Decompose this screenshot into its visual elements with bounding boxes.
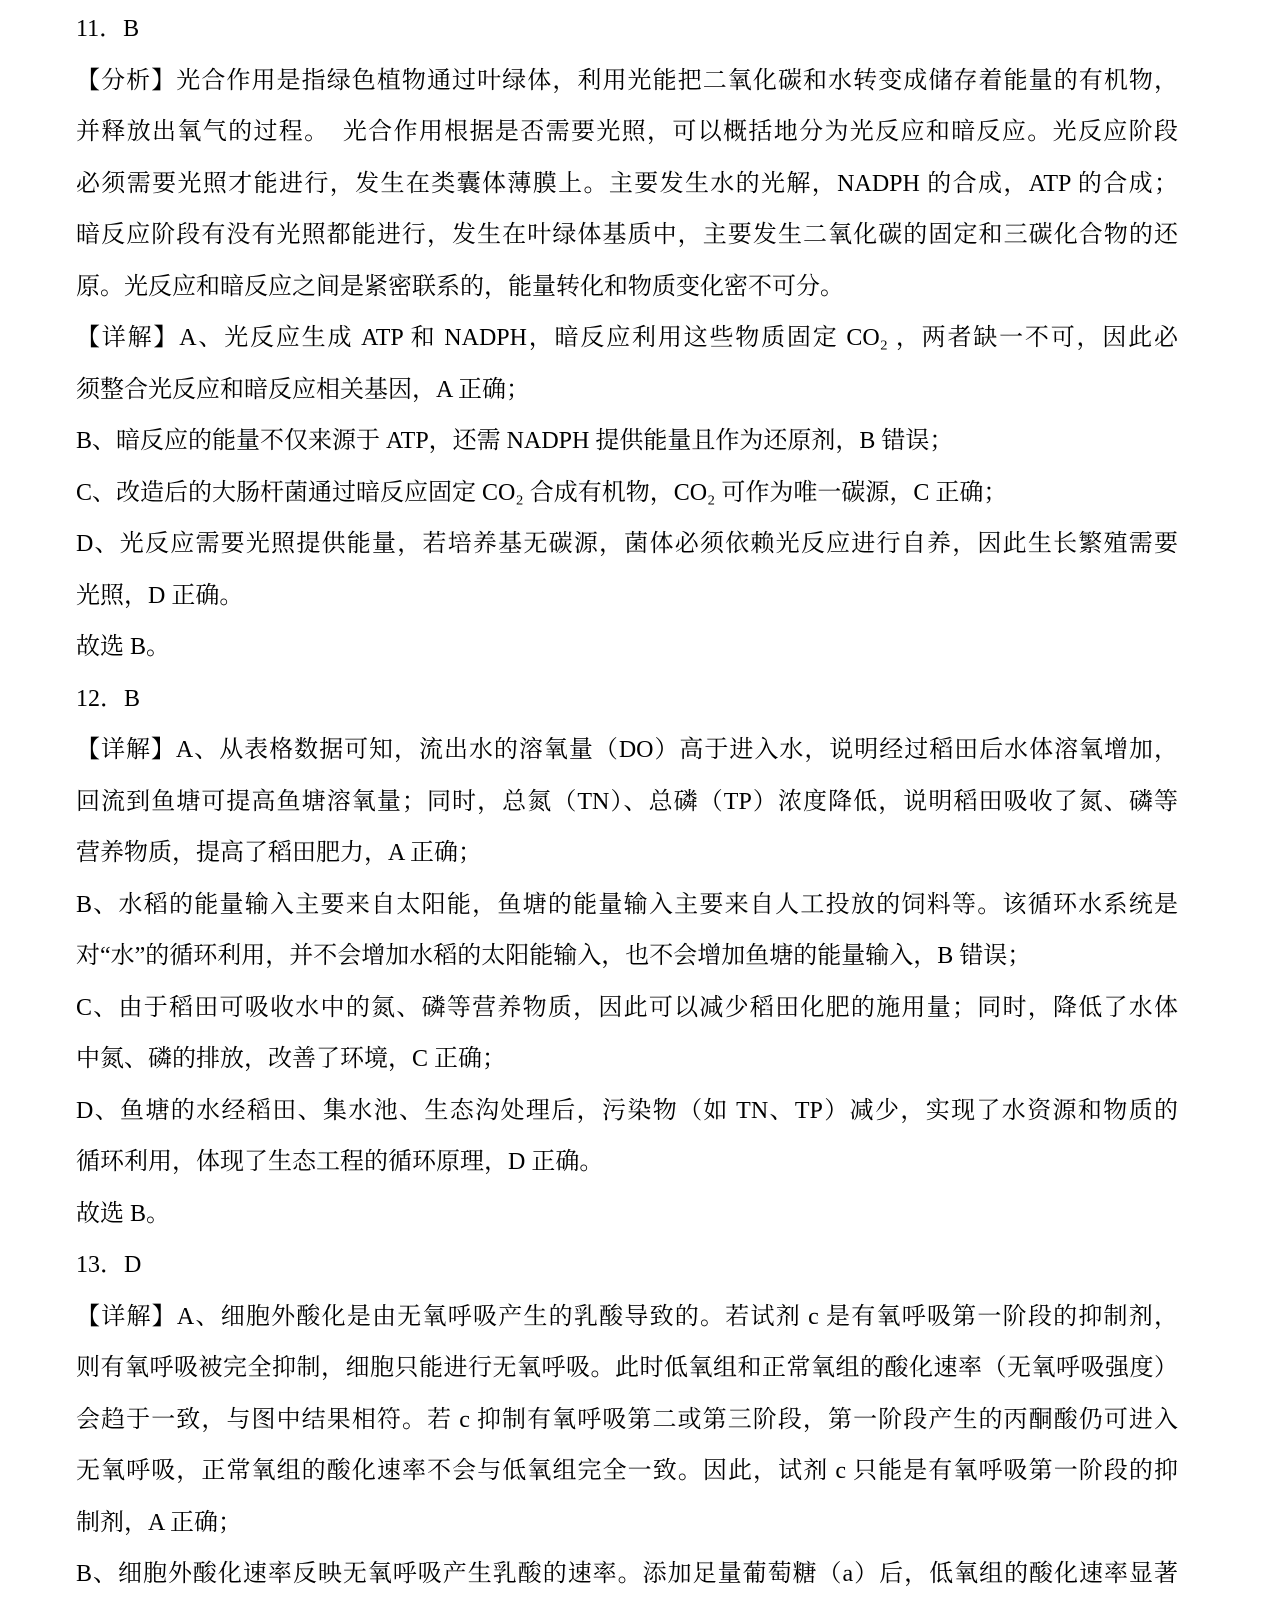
text-line: 故选 B。 <box>76 1189 1178 1241</box>
answer-section: 13．D【详解】A、细胞外酸化是由无氧呼吸产生的乳酸导致的。若试剂 c 是有氧呼… <box>76 1240 1178 1601</box>
text-line: 【详解】A、光反应生成 ATP 和 NADPH，暗反应利用这些物质固定 CO₂ … <box>76 313 1178 365</box>
text-line: 中氮、磷的排放，改善了环境，C 正确； <box>76 1034 1178 1086</box>
text-line: 会趋于一致，与图中结果相符。若 c 抑制有氧呼吸第二或第三阶段，第一阶段产生的丙… <box>76 1395 1178 1447</box>
text-line: B、水稻的能量输入主要来自太阳能，鱼塘的能量输入主要来自人工投放的饲料等。该循环… <box>76 880 1178 932</box>
text-line: 光照，D 正确。 <box>76 571 1178 623</box>
text-line: 对“水”的循环利用，并不会增加水稻的太阳能输入，也不会增加鱼塘的能量输入，B 错… <box>76 931 1178 983</box>
text-line: 无氧呼吸，正常氧组的酸化速率不会与低氧组完全一致。因此，试剂 c 只能是有氧呼吸… <box>76 1446 1178 1498</box>
text-line: 原。光反应和暗反应之间是紧密联系的，能量转化和物质变化密不可分。 <box>76 262 1178 314</box>
text-line: 须整合光反应和暗反应相关基因，A 正确； <box>76 365 1178 417</box>
text-line: B、细胞外酸化速率反映无氧呼吸产生乳酸的速率。添加足量葡萄糖（a）后，低氧组的酸… <box>76 1549 1178 1601</box>
answer-section: 11．B【分析】光合作用是指绿色植物通过叶绿体，利用光能把二氧化碳和水转变成储存… <box>76 4 1178 674</box>
answer-section: 12．B【详解】A、从表格数据可知，流出水的溶氧量（DO）高于进入水，说明经过稻… <box>76 674 1178 1241</box>
text-line: D、鱼塘的水经稻田、集水池、生态沟处理后，污染物（如 TN、TP）减少，实现了水… <box>76 1086 1178 1138</box>
answer-heading: 11．B <box>76 4 1178 56</box>
text-line: 暗反应阶段有没有光照都能进行，发生在叶绿体基质中，主要发生二氧化碳的固定和三碳化… <box>76 210 1178 262</box>
text-line: 【详解】A、从表格数据可知，流出水的溶氧量（DO）高于进入水，说明经过稻田后水体… <box>76 725 1178 777</box>
text-line: 并释放出氧气的过程。 光合作用根据是否需要光照，可以概括地分为光反应和暗反应。光… <box>76 107 1178 159</box>
text-line: C、由于稻田可吸收水中的氮、磷等营养物质，因此可以减少稻田化肥的施用量；同时，降… <box>76 983 1178 1035</box>
text-line: 回流到鱼塘可提高鱼塘溶氧量；同时，总氮（TN）、总磷（TP）浓度降低，说明稻田吸… <box>76 777 1178 829</box>
text-line: 循环利用，体现了生态工程的循环原理，D 正确。 <box>76 1137 1178 1189</box>
text-line: 【分析】光合作用是指绿色植物通过叶绿体，利用光能把二氧化碳和水转变成储存着能量的… <box>76 56 1178 108</box>
text-line: C、改造后的大肠杆菌通过暗反应固定 CO₂ 合成有机物，CO₂ 可作为唯一碳源，… <box>76 468 1178 520</box>
answer-heading: 12．B <box>76 674 1178 726</box>
text-line: D、光反应需要光照提供能量，若培养基无碳源，菌体必须依赖光反应进行自养，因此生长… <box>76 519 1178 571</box>
text-line: 营养物质，提高了稻田肥力，A 正确； <box>76 828 1178 880</box>
text-line: 【详解】A、细胞外酸化是由无氧呼吸产生的乳酸导致的。若试剂 c 是有氧呼吸第一阶… <box>76 1292 1178 1344</box>
answer-heading: 13．D <box>76 1240 1178 1292</box>
text-line: 必须需要光照才能进行，发生在类囊体薄膜上。主要发生水的光解，NADPH 的合成，… <box>76 159 1178 211</box>
text-line: 故选 B。 <box>76 622 1178 674</box>
answer-sheet-page: 11．B【分析】光合作用是指绿色植物通过叶绿体，利用光能把二氧化碳和水转变成储存… <box>0 0 1280 1601</box>
text-line: B、暗反应的能量不仅来源于 ATP，还需 NADPH 提供能量且作为还原剂，B … <box>76 416 1178 468</box>
text-line: 则有氧呼吸被完全抑制，细胞只能进行无氧呼吸。此时低氧组和正常氧组的酸化速率（无氧… <box>76 1343 1178 1395</box>
text-line: 制剂，A 正确； <box>76 1498 1178 1550</box>
